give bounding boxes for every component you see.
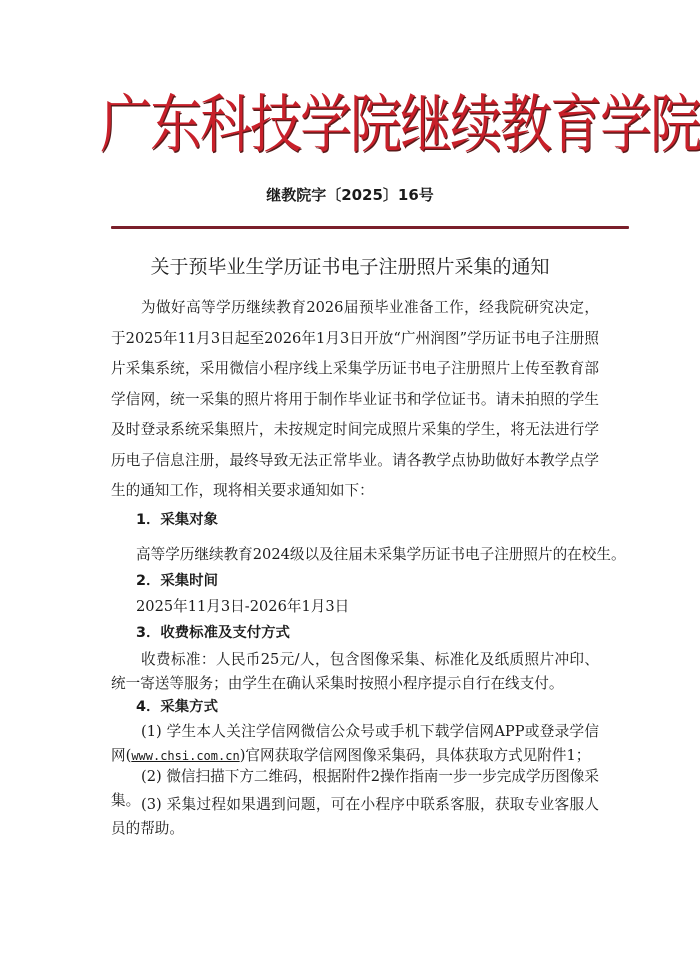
section-heading-time: 2．采集时间 [136,571,218,591]
notice-title: 关于预毕业生学历证书电子注册照片采集的通知 [0,254,700,280]
document-number: 继教院字〔2025〕16号 [0,185,700,205]
section-heading-method: 4．采集方式 [136,697,218,717]
section-heading-fee: 3．收费标准及支付方式 [136,623,290,643]
intro-text: 为做好高等学历继续教育2026届预毕业准备工作，经我院研究决定，于2025年11… [111,293,599,507]
section-heading-target: 1．采集对象 [136,510,218,530]
section-content-fee: 收费标准：人民币25元/人，包含图像采集、标准化及纸质照片冲印、统一寄送等服务；… [111,648,599,696]
method-item-1-suffix: 官网获取学信网图像采集码，具体获取方式见附件1； [245,747,590,764]
red-divider [111,226,629,229]
chsi-link[interactable]: www.chsi.com.cn [131,749,239,763]
method-item-1: (1) 学生本人关注学信网微信公众号或手机下载学信网APP或登录学信网(www.… [111,720,599,768]
section-content-time: 2025年11月3日-2026年1月3日 [136,597,349,617]
institution-masthead: 广东科技学院继续教育学院 [100,77,610,175]
method-item-3: (3) 采集过程如果遇到问题，可在小程序中联系客服，获取专业客服人员的帮助。 [111,793,599,841]
section-content-target: 高等学历继续教育2024级以及往届未采集学历证书电子注册照片的在校生。 [136,545,626,565]
intro-paragraph: 为做好高等学历继续教育2026届预毕业准备工作，经我院研究决定，于2025年11… [111,293,599,507]
